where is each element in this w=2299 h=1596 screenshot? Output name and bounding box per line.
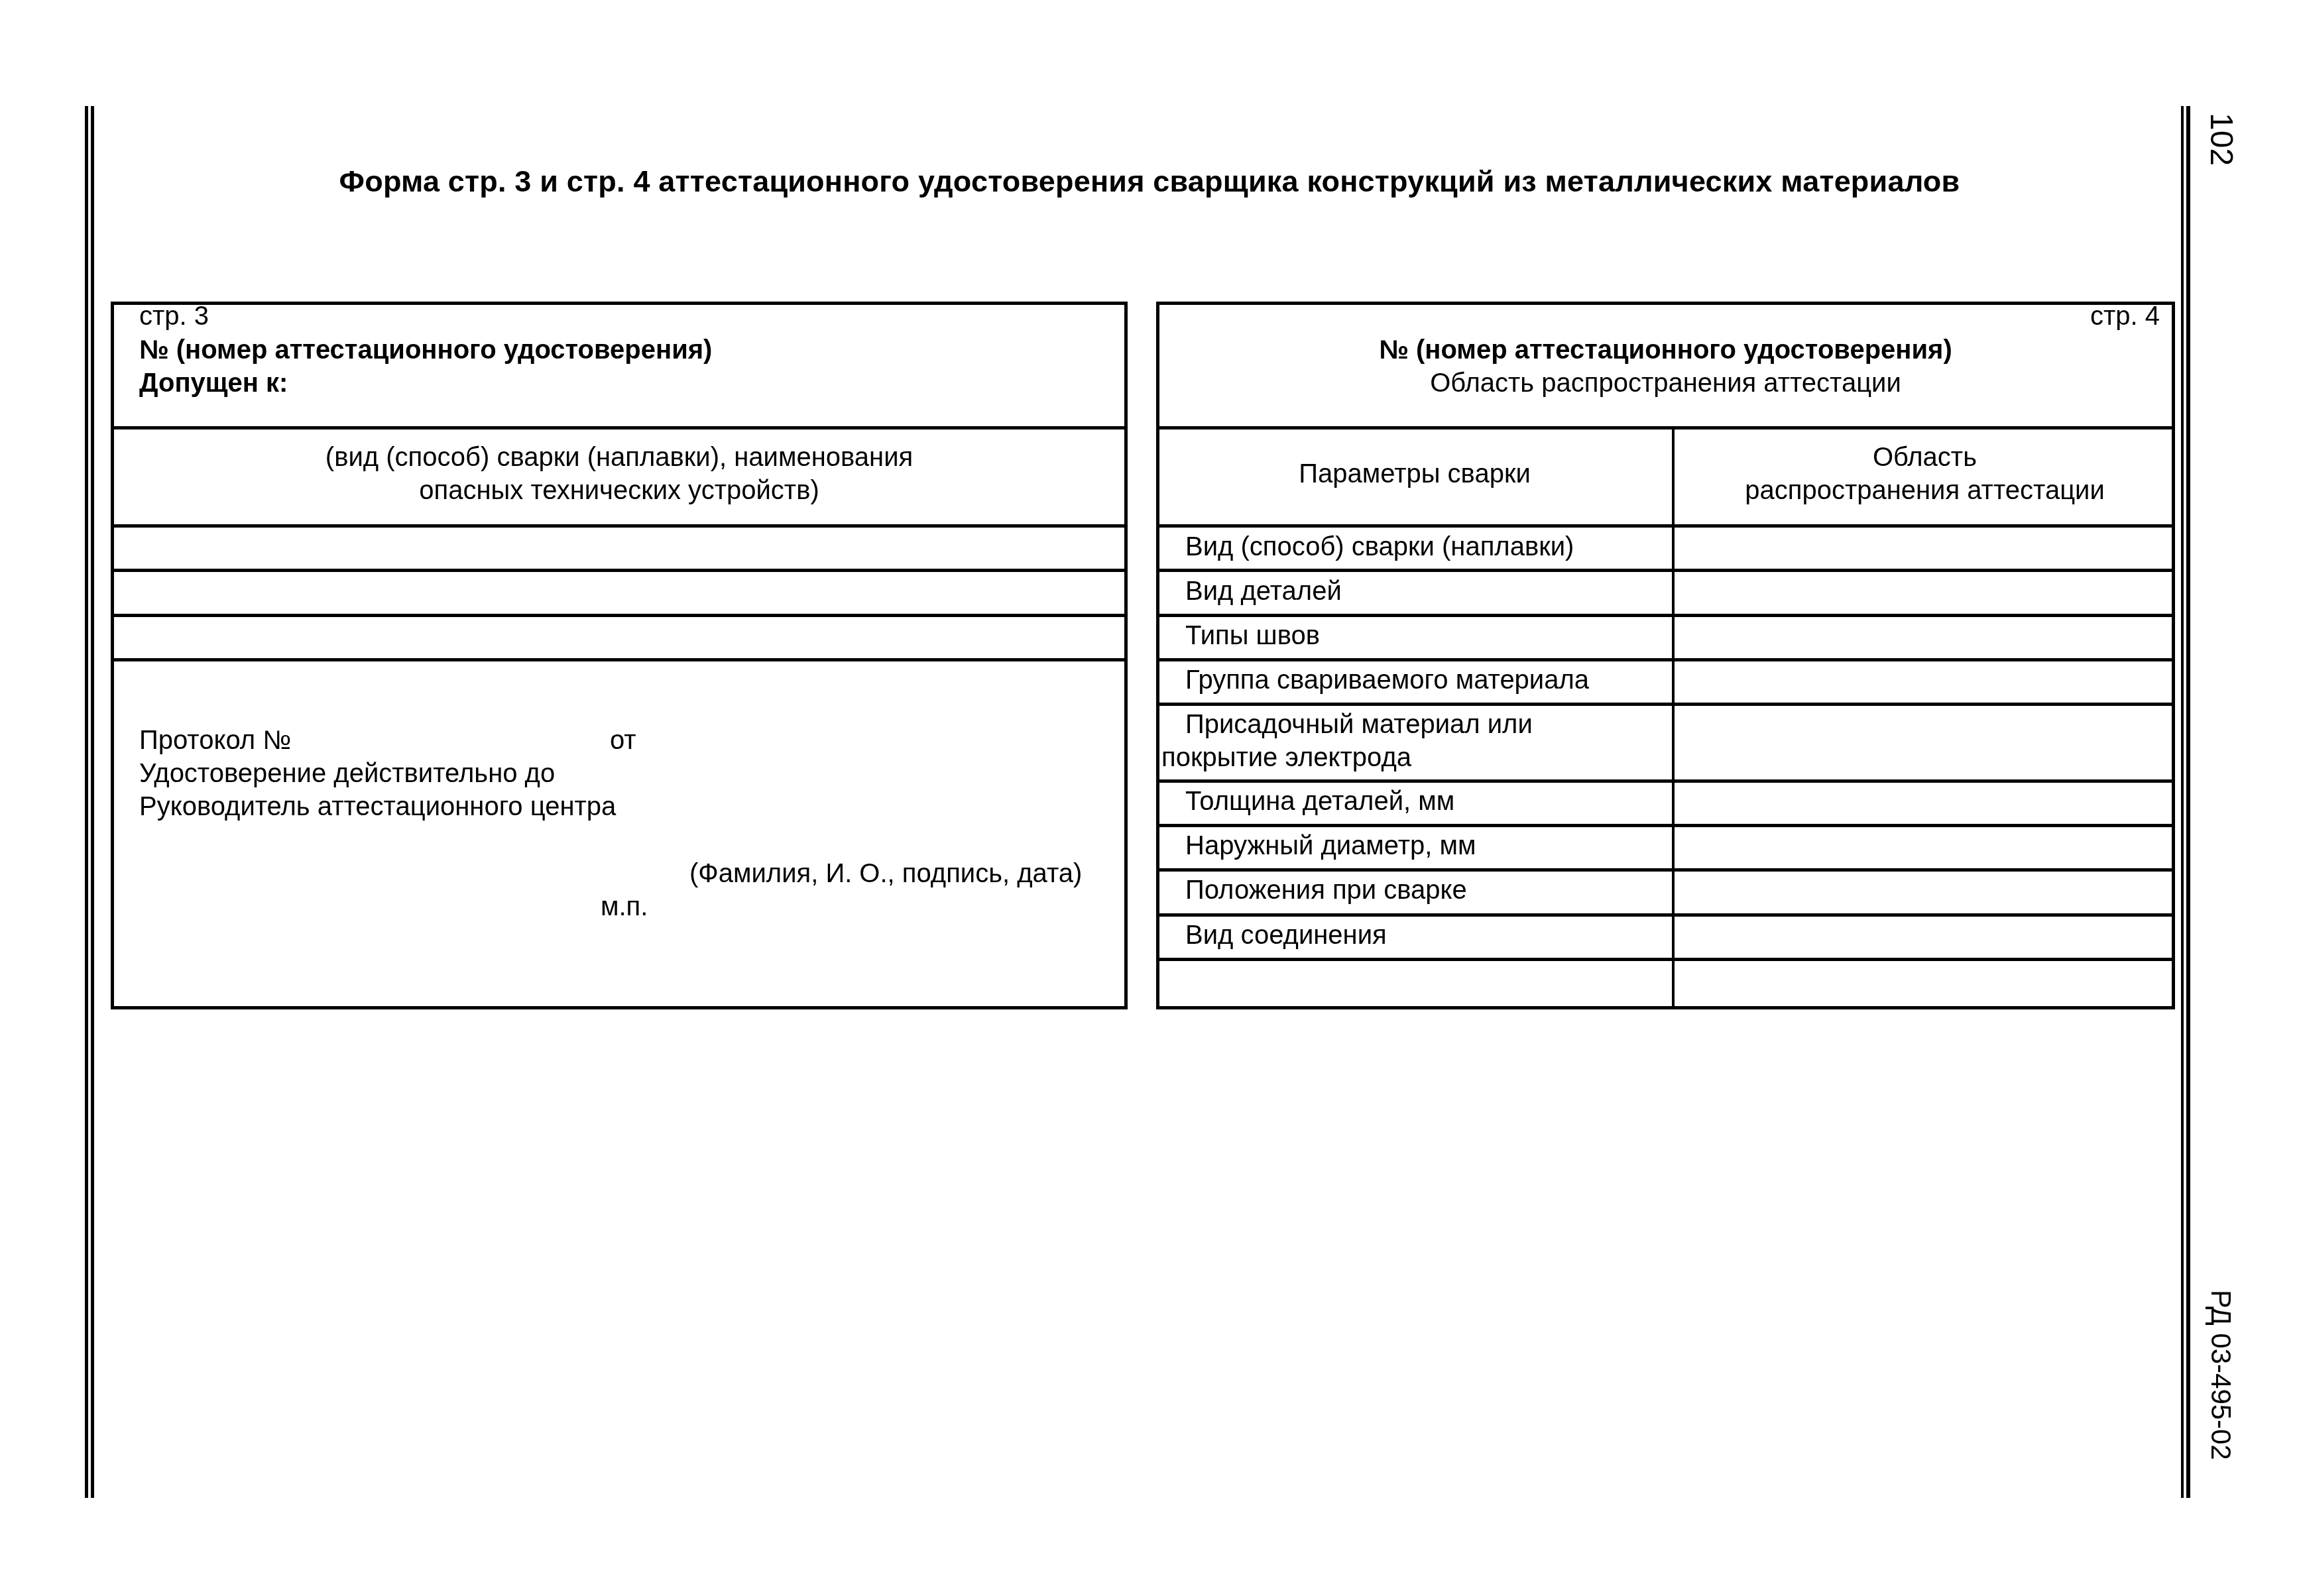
- scope-value-cell[interactable]: [1680, 919, 2164, 954]
- document-code: РД 03-495-02: [2205, 1290, 2237, 1460]
- page4-subtitle: Область распространения аттестации: [1156, 367, 2175, 400]
- page4-divider: [1156, 614, 2175, 617]
- left-margin-line-inner: [91, 106, 94, 1498]
- param-thickness: Толщина деталей, мм: [1185, 785, 1454, 818]
- param-empty[interactable]: [1185, 964, 1663, 1002]
- page4-divider: [1156, 824, 2175, 827]
- protocol-from-label: от: [610, 724, 636, 757]
- page3-certificate-number: № (номер аттестационного удостоверения): [139, 333, 712, 367]
- scope-value-cell[interactable]: [1680, 874, 2164, 909]
- scope-value-cell[interactable]: [1680, 964, 2164, 1002]
- page-title: Форма стр. 3 и стр. 4 аттестационного уд…: [0, 164, 2299, 199]
- param-welding-method: Вид (способ) сварки (наплавки): [1185, 530, 1574, 563]
- scope-value-cell[interactable]: [1680, 530, 2164, 566]
- valid-until-label: Удостоверение действительно до: [139, 757, 555, 790]
- param-material-group: Группа свариваемого материала: [1185, 663, 1589, 697]
- page4-divider: [1156, 524, 2175, 528]
- page3-divider: [111, 426, 1128, 429]
- left-margin-line-outer: [85, 106, 88, 1498]
- page4-divider: [1156, 958, 2175, 961]
- page-number: 102: [2203, 113, 2239, 166]
- page3-hint-line1: (вид (способ) сварки (наплавки), наимено…: [111, 441, 1128, 474]
- page4-divider: [1156, 703, 2175, 706]
- page3-admitted-to: Допущен к:: [139, 367, 288, 400]
- page4-divider: [1156, 426, 2175, 429]
- column-header-params: Параметры сварки: [1156, 457, 1673, 490]
- page3-divider: [111, 569, 1128, 572]
- column-header-scope-line1: Область: [1675, 441, 2175, 474]
- scope-value-cell[interactable]: [1680, 708, 2164, 777]
- signature-hint: (Фамилия, И. О., подпись, дата): [689, 857, 1082, 890]
- column-header-scope-line2: распространения аттестации: [1675, 474, 2175, 507]
- param-filler-material-line1: Присадочный материал или: [1185, 708, 1533, 741]
- seal-label: м.п.: [601, 890, 648, 923]
- right-margin-line-outer: [2181, 106, 2184, 1498]
- page3-empty-row[interactable]: [139, 619, 1094, 655]
- head-of-center-label: Руководитель аттестационного центра: [139, 790, 616, 823]
- param-seam-types: Типы швов: [1185, 619, 1320, 652]
- protocol-label: Протокол №: [139, 724, 291, 757]
- page3-divider: [111, 614, 1128, 617]
- right-margin-line-inner: [2186, 106, 2190, 1498]
- page4-divider: [1156, 868, 2175, 872]
- page4-divider: [1156, 779, 2175, 783]
- page4-divider: [1156, 658, 2175, 661]
- scope-value-cell[interactable]: [1680, 575, 2164, 610]
- param-part-type: Вид деталей: [1185, 575, 1342, 608]
- page3-empty-row[interactable]: [139, 530, 1094, 566]
- param-welding-positions: Положения при сварке: [1185, 874, 1467, 907]
- page3-divider: [111, 658, 1128, 661]
- page4-divider: [1156, 913, 2175, 917]
- page4-label: стр. 4: [2090, 300, 2160, 333]
- scope-value-cell[interactable]: [1680, 663, 2164, 699]
- scope-value-cell[interactable]: [1680, 619, 2164, 655]
- scope-value-cell[interactable]: [1680, 829, 2164, 865]
- param-outer-diameter: Наружный диаметр, мм: [1185, 829, 1476, 862]
- scope-value-cell[interactable]: [1680, 785, 2164, 821]
- page4-column-divider: [1672, 426, 1675, 1008]
- page3-hint-line2: опасных технических устройств): [111, 474, 1128, 507]
- page3-divider: [111, 524, 1128, 528]
- page3-label: стр. 3: [139, 300, 209, 333]
- param-filler-material-line2: покрытие электрода: [1161, 741, 1411, 774]
- page4-certificate-number: № (номер аттестационного удостоверения): [1156, 333, 2175, 367]
- page4-divider: [1156, 569, 2175, 572]
- param-joint-type: Вид соединения: [1185, 919, 1387, 952]
- page3-empty-row[interactable]: [139, 575, 1094, 610]
